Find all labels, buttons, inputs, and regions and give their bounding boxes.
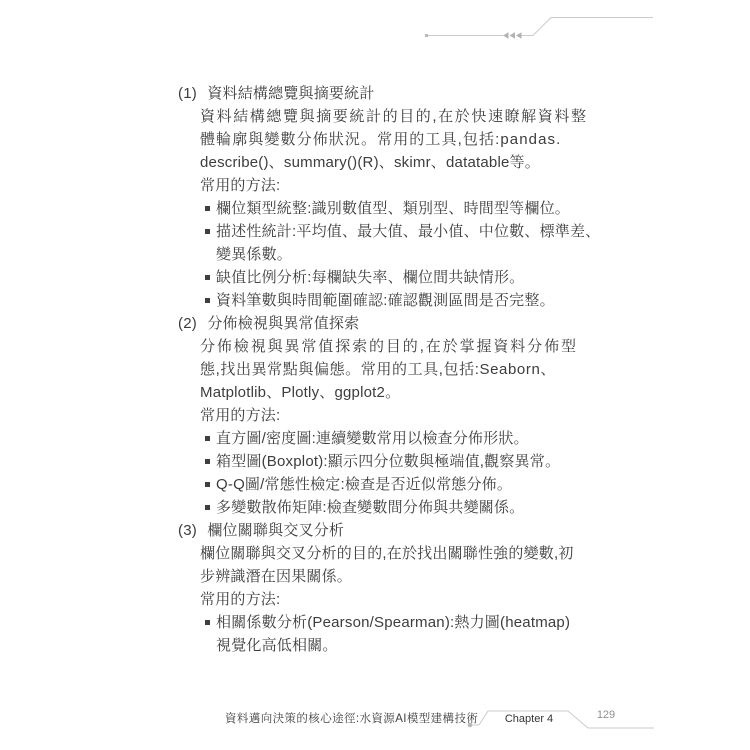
paragraph-line: describe()、summary()(R)、skimr、datatable等… [178, 151, 608, 174]
bullet-item: 箱型圖(Boxplot):顯示四分位數與極端值,觀察異常。 [178, 450, 608, 473]
trace-line-angled [522, 18, 654, 36]
bullet-item: 直方圖/密度圖:連續變數常用以檢查分佈形狀。 [178, 427, 608, 450]
bullet-icon [205, 620, 210, 625]
bullet-text: 箱型圖(Boxplot):顯示四分位數與極端值,觀察異常。 [216, 453, 560, 470]
bullet-text: 多變數散佈矩陣:檢查變數間分佈與共變關係。 [216, 499, 524, 516]
bullet-text: 資料筆數與時間範圍確認:確認觀測區間是否完整。 [216, 292, 555, 309]
bullet-item: Q-Q圖/常態性檢定:檢查是否近似常態分佈。 [178, 473, 608, 496]
triple-left-arrows-icon [503, 32, 522, 39]
section-title: 欄位關聯與交叉分析 [207, 522, 344, 539]
paragraph-line: 步辨識潛在因果關係。 [178, 565, 608, 588]
bullet-item: 缺值比例分析:每欄缺失率、欄位間共缺情形。 [178, 266, 608, 289]
bullet-item: 資料筆數與時間範圍確認:確認觀測區間是否完整。 [178, 289, 608, 312]
bullet-item: 欄位類型統整:識別數值型、類別型、時間型等欄位。 [178, 197, 608, 220]
paragraph-line: 資料結構總覽與摘要統計的目的,在於快速瞭解資料整 [178, 105, 608, 128]
bullet-continuation: 視覺化高低相關。 [178, 634, 608, 657]
bullet-item: 多變數散佈矩陣:檢查變數間分佈與共變關係。 [178, 496, 608, 519]
section-1-heading: (1) 資料結構總覽與摘要統計 [178, 82, 608, 105]
page-content: (1) 資料結構總覽與摘要統計 資料結構總覽與摘要統計的目的,在於快速瞭解資料整… [178, 82, 608, 657]
bullet-icon [205, 229, 210, 234]
chapter-label: Chapter 4 [489, 712, 569, 727]
book-page: (1) 資料結構總覽與摘要統計 資料結構總覽與摘要統計的目的,在於快速瞭解資料整… [0, 0, 750, 750]
methods-label: 常用的方法: [178, 174, 608, 197]
bullet-icon [205, 482, 210, 487]
paragraph-line: 態,找出異常點與偏態。常用的工具,包括:Seaborn、 [178, 358, 608, 381]
bullet-item: 相關係數分析(Pearson/Spearman):熱力圖(heatmap) [178, 611, 608, 634]
bullet-text: 相關係數分析(Pearson/Spearman):熱力圖(heatmap) [216, 614, 570, 631]
footer-book-title: 資料邁向決策的核心途徑:水資源AI模型建構技術 [225, 712, 478, 726]
bullet-icon [205, 298, 210, 303]
paragraph-line: 體輪廓與變數分佈狀況。常用的工具,包括:pandas. [178, 128, 608, 151]
bullet-icon [205, 275, 210, 280]
bullet-text: 直方圖/密度圖:連續變數常用以檢查分佈形狀。 [216, 430, 529, 447]
section-title: 資料結構總覽與摘要統計 [207, 85, 374, 102]
trace-dot-icon [468, 723, 473, 728]
section-number: (3) [178, 519, 197, 542]
section-number: (2) [178, 312, 197, 335]
methods-label: 常用的方法: [178, 404, 608, 427]
section-title: 分佈檢視與異常值探索 [207, 315, 359, 332]
paragraph-line: 分佈檢視與異常值探索的目的,在於掌握資料分佈型 [178, 335, 608, 358]
bullet-text: Q-Q圖/常態性檢定:檢查是否近似常態分佈。 [216, 476, 512, 493]
paragraph-line: Matplotlib、Plotly、ggplot2。 [178, 381, 608, 404]
bullet-icon [205, 436, 210, 441]
bullet-text: 描述性統計:平均值、最大值、最小值、中位數、標準差、 [216, 223, 600, 240]
methods-label: 常用的方法: [178, 588, 608, 611]
section-3-heading: (3) 欄位關聯與交叉分析 [178, 519, 608, 542]
section-2-heading: (2) 分佈檢視與異常值探索 [178, 312, 608, 335]
header-trace-decoration [424, 14, 656, 40]
bullet-text: 欄位類型統整:識別數值型、類別型、時間型等欄位。 [216, 200, 570, 217]
bullet-icon [205, 505, 210, 510]
bullet-icon [205, 206, 210, 211]
bullet-icon [205, 459, 210, 464]
bullet-text: 缺值比例分析:每欄缺失率、欄位間共缺情形。 [216, 269, 524, 286]
page-number: 129 [590, 708, 622, 723]
trace-dot-icon [425, 34, 428, 37]
section-number: (1) [178, 82, 197, 105]
paragraph-line: 欄位關聯與交叉分析的目的,在於找出關聯性強的變數,初 [178, 542, 608, 565]
bullet-item: 描述性統計:平均值、最大值、最小值、中位數、標準差、 [178, 220, 608, 243]
bullet-continuation: 變異係數。 [178, 243, 608, 266]
